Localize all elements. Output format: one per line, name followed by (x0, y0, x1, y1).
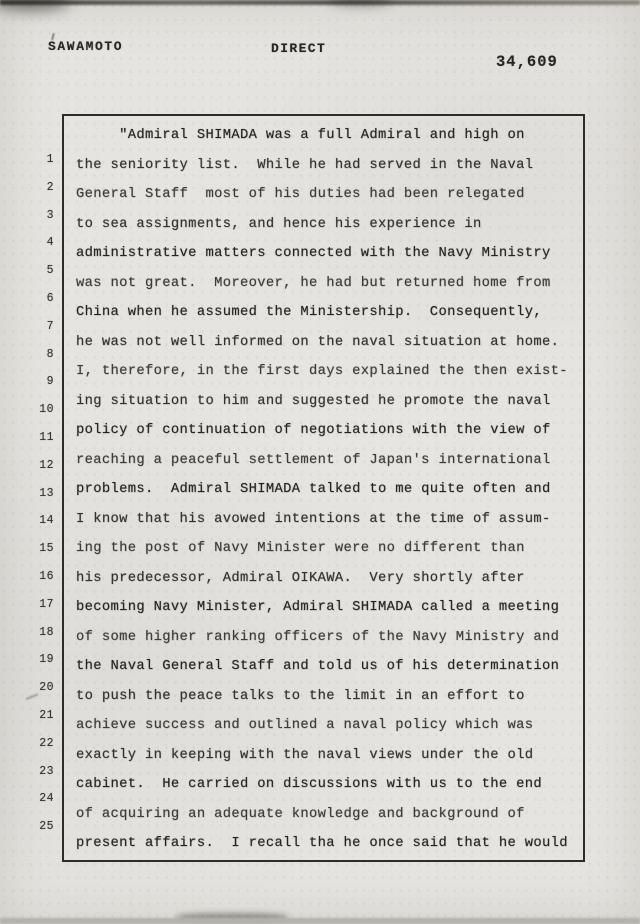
transcript-line: exactly in keeping with the naval views … (76, 741, 583, 771)
testimony-text-block: "Admiral SHIMADA was a full Admiral and … (62, 114, 585, 862)
transcript-line: the seniority list. While he had served … (76, 151, 583, 181)
witness-name: SAWAMOTO (48, 39, 123, 54)
scan-edge-top-artifact (0, 0, 640, 5)
line-number: 7 (0, 313, 54, 341)
line-number: 1 (0, 146, 54, 174)
line-number: 9 (0, 368, 54, 396)
line-number: 4 (0, 229, 54, 257)
transcript-line: becoming Navy Minister, Admiral SHIMADA … (76, 593, 583, 623)
transcript-line: was not great. Moreover, he had but retu… (76, 269, 583, 299)
line-number: 2 (0, 174, 54, 202)
transcript-line: he was not well informed on the naval si… (76, 328, 583, 358)
transcript-line: cabinet. He carried on discussions with … (76, 770, 583, 800)
examination-type: DIRECT (271, 41, 326, 56)
line-number: 6 (0, 285, 54, 313)
scan-edge-bottom-artifact (0, 918, 640, 924)
line-number: 21 (0, 702, 54, 730)
line-number: 10 (0, 396, 54, 424)
transcript-line: policy of continuation of negotiations w… (76, 416, 583, 446)
transcript-line: I, therefore, in the first days explaine… (76, 357, 583, 387)
line-number: 22 (0, 730, 54, 758)
transcript-line: administrative matters connected with th… (76, 239, 583, 269)
transcript-line: present affairs. I recall tha he once sa… (76, 829, 583, 859)
line-number: 14 (0, 507, 54, 535)
transcript-line: his predecessor, Admiral OIKAWA. Very sh… (76, 564, 583, 594)
transcript-line: to sea assignments, and hence his experi… (76, 210, 583, 240)
line-number: 23 (0, 758, 54, 786)
transcript-line: of some higher ranking officers of the N… (76, 623, 583, 653)
transcript-line: of acquiring an adequate knowledge and b… (76, 800, 583, 830)
line-number: 19 (0, 646, 54, 674)
transcript-line: achieve success and outlined a naval pol… (76, 711, 583, 741)
scan-smudge-top-left (0, 0, 70, 11)
line-number: 18 (0, 619, 54, 647)
scanned-transcript-page: SAWAMOTO DIRECT 34,609 12345678910111213… (0, 0, 640, 924)
transcript-line: reaching a peaceful settlement of Japan'… (76, 446, 583, 476)
line-number: 16 (0, 563, 54, 591)
transcript-line: to push the peace talks to the limit in … (76, 682, 583, 712)
transcript-line: ing the post of Navy Minister were no di… (76, 534, 583, 564)
line-number: 3 (0, 202, 54, 230)
line-number: 17 (0, 591, 54, 619)
transcript-line: "Admiral SHIMADA was a full Admiral and … (76, 121, 583, 151)
transcript-line: the Naval General Staff and told us of h… (76, 652, 583, 682)
line-number-gutter: 1234567891011121314151617181920212223242… (0, 146, 54, 841)
transcript-line: I know that his avowed intentions at the… (76, 505, 583, 535)
line-number: 8 (0, 341, 54, 369)
line-number: 24 (0, 785, 54, 813)
page-number: 34,609 (496, 53, 558, 71)
transcript-line: China when he assumed the Ministership. … (76, 298, 583, 328)
transcript-line: problems. Admiral SHIMADA talked to me q… (76, 475, 583, 505)
line-number: 11 (0, 424, 54, 452)
line-number: 25 (0, 813, 54, 841)
scan-smudge-top-center (328, 0, 392, 6)
line-number: 12 (0, 452, 54, 480)
line-number: 13 (0, 480, 54, 508)
transcript-line: General Staff most of his duties had bee… (76, 180, 583, 210)
transcript-line: ing situation to him and suggested he pr… (76, 387, 583, 417)
line-number: 5 (0, 257, 54, 285)
line-number: 15 (0, 535, 54, 563)
